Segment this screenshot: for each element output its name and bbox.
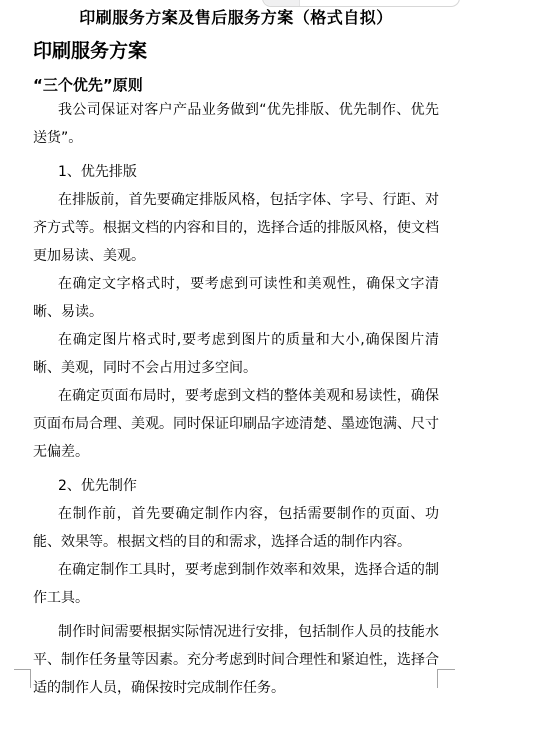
section-heading: 印刷服务方案	[33, 38, 439, 64]
numbered-heading-2: 2、优先制作	[33, 472, 439, 500]
paragraph: 在排版前，首先要确定排版风格，包括字体、字号、行距、对齐方式等。根据文档的内容和…	[33, 186, 439, 270]
document-title: 印刷服务方案及售后服务方案（格式自拟）	[33, 6, 439, 30]
text-boundary-mark-bottom-right	[437, 669, 455, 688]
paragraph: 在确定制作工具时，要考虑到制作效率和效果，选择合适的制作工具。	[33, 556, 439, 612]
paragraph: 在确定图片格式时,要考虑到图片的质量和大小,确保图片清晰、美观，同时不会占用过多…	[33, 326, 439, 382]
paragraph: 制作时间需要根据实际情况进行安排，包括制作人员的技能水平、制作任务量等因素。充分…	[33, 618, 439, 702]
text-boundary-mark-bottom-left	[14, 669, 31, 688]
subsection-heading: “三个优先”原则	[33, 75, 439, 96]
paragraph: 在确定文字格式时，要考虑到可读性和美观性，确保文字清晰、易读。	[33, 270, 439, 326]
document-text-area: 印刷服务方案及售后服务方案（格式自拟） 印刷服务方案 “三个优先”原则 我公司保…	[33, 0, 439, 702]
paragraph: 在制作前，首先要确定制作内容，包括需要制作的页面、功能、效果等。根据文档的目的和…	[33, 500, 439, 556]
paragraph-intro: 我公司保证对客户产品业务做到“优先排版、优先制作、优先送货”。	[33, 96, 439, 152]
paragraph: 在确定页面布局时，要考虑到文档的整体美观和易读性，确保页面布局合理、美观。同时保…	[33, 382, 439, 466]
document-page: 印刷服务方案及售后服务方案（格式自拟） 印刷服务方案 “三个优先”原则 我公司保…	[0, 0, 535, 741]
numbered-heading-1: 1、优先排版	[33, 158, 439, 186]
